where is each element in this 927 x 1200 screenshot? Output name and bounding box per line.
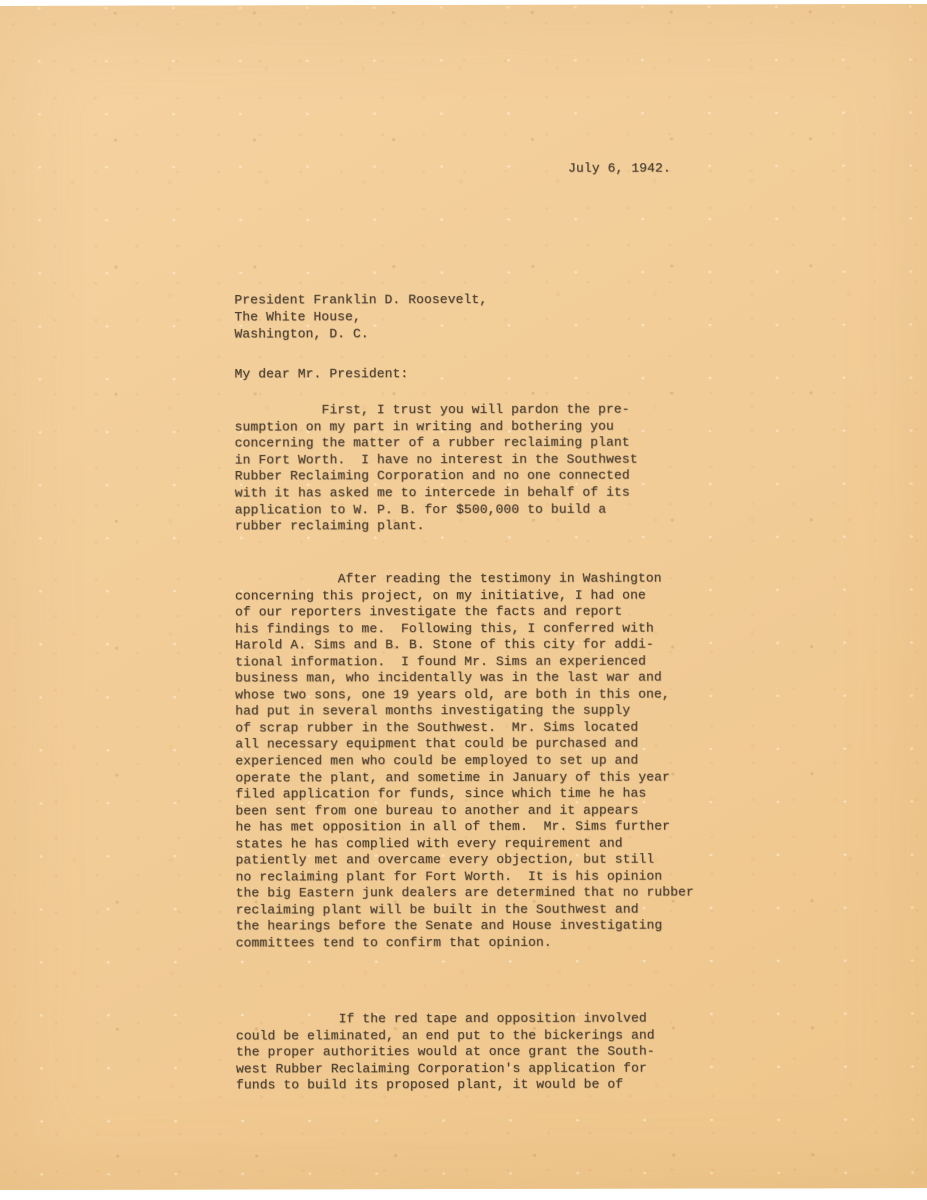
recipient-address: President Franklin D. Roosevelt, The Whi… — [234, 291, 487, 343]
salutation: My dear Mr. President: — [235, 365, 409, 382]
letter-date: July 6, 1942. — [568, 160, 671, 177]
body-paragraph-3: If the red tape and opposition involved … — [236, 1011, 655, 1095]
scanned-document: { "colors": { "paper": "#f1cc97", "ink":… — [0, 0, 927, 1200]
body-paragraph-1: First, I trust you will pardon the pre- … — [235, 402, 638, 536]
body-paragraph-2: After reading the testimony in Washingto… — [235, 571, 694, 953]
letter-paper-sheet: July 6, 1942. President Franklin D. Roos… — [0, 4, 927, 1190]
